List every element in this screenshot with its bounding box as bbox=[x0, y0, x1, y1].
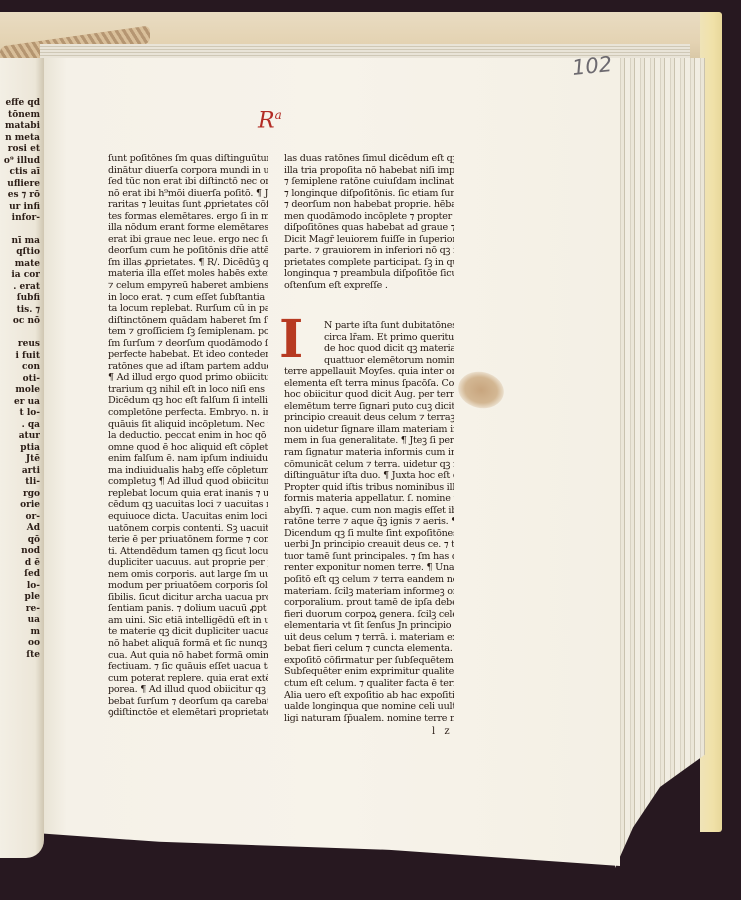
left-page-line: i fuit bbox=[0, 351, 40, 363]
text-line: te materie qꝫ dicit dupliciter uacua. Au… bbox=[108, 626, 268, 638]
text-line: replebat locum quia erat inanis ⁊ uacua.… bbox=[108, 488, 268, 500]
text-line: oſtenſum eſt expreſſe . bbox=[284, 280, 454, 292]
left-page-line: rosi et bbox=[0, 144, 40, 156]
left-page-line: qſtio bbox=[0, 247, 40, 259]
text-line: ¶ Ad illud ergo quod primo obiicitur i c… bbox=[108, 372, 268, 384]
page-stack-fore-edge bbox=[615, 58, 705, 868]
text-line: de hoc quod dicit qꝫ materia bbox=[284, 343, 454, 355]
text-line: ti. Attendēdum tamen qꝫ ſicut locus dici… bbox=[108, 546, 268, 558]
left-page-line: re- bbox=[0, 604, 40, 616]
left-page-line: oti- bbox=[0, 374, 40, 386]
left-page-line: . qa bbox=[0, 420, 40, 432]
left-page-line: n meta bbox=[0, 133, 40, 145]
text-line: longinqua ⁊ preambula diſpoſitōe ſicut. … bbox=[284, 268, 454, 280]
text-line: abyſſi. ⁊ aque. cum non magis eſſet ibi … bbox=[284, 505, 454, 517]
text-line: uatōnem corpis contenti. Sꝫ uacuitas ma- bbox=[108, 523, 268, 535]
text-line: am uini. Sic etiā intelligēdū eſt in uac… bbox=[108, 615, 268, 627]
left-page-line: oc nō bbox=[0, 316, 40, 328]
text-line: ſunt poſitōnes ſm quas diſtinguūtur ⁊ or… bbox=[108, 153, 268, 165]
left-page-line: ufliere bbox=[0, 179, 40, 191]
signature-mark: l z bbox=[432, 726, 453, 737]
left-page-line: rgo bbox=[0, 489, 40, 501]
text-line: enim falſum ē. nam ipſum indiuiduꝫ ⁊ for bbox=[108, 453, 268, 465]
left-page-line: m bbox=[0, 627, 40, 639]
left-page-line: con bbox=[0, 362, 40, 374]
text-line: ſed tūc non erat ibi diſtinctō nec ordo.… bbox=[108, 176, 268, 188]
left-page-line: o⁹ illud bbox=[0, 156, 40, 168]
text-line: bebat fieri celum ⁊ cuncta elementa. Et … bbox=[284, 643, 454, 655]
text-line: quāuis ſit aliquid incōpletum. Nec ualet… bbox=[108, 419, 268, 431]
text-line: ctum eſt celum. ⁊ qualiter facta ē terra… bbox=[284, 678, 454, 690]
left-page-line: es ⁊ rō bbox=[0, 190, 40, 202]
running-head: Ra bbox=[258, 108, 282, 133]
text-line: ⁊ deorſum non habebat proprie. hēbat ta- bbox=[284, 199, 454, 211]
left-page-line: tōnem bbox=[0, 110, 40, 122]
left-page-line: Jtē bbox=[0, 454, 40, 466]
text-line: uerbi Jn principio creauit deus ce. ⁊ te… bbox=[284, 539, 454, 551]
text-line: circa lr̄am. Et primo queritur bbox=[284, 332, 454, 344]
text-line: mem in ſua generalitate. ¶ Jteꝫ ſi per t… bbox=[284, 435, 454, 447]
left-page-line: er ua bbox=[0, 397, 40, 409]
text-line: ꝯdiſtinctōe et elemētari proprietate. Ad… bbox=[108, 707, 268, 719]
text-line: dupliciter uacuus. aut proprie per priua… bbox=[108, 557, 268, 569]
text-line: ⁊ longinque diſpoſitōnis. ſic etiam ſurſ… bbox=[284, 188, 454, 200]
text-line: quattuor elemētorum nomine bbox=[284, 355, 454, 367]
text-line: elementaria vt ſit ſenſus Jn principio c… bbox=[284, 620, 454, 632]
text-line: formis materia appellatur. ſ. nomine ter… bbox=[284, 493, 454, 505]
text-line: ma indiuidualis habꝫ eſſe cōpletum ⁊ min… bbox=[108, 465, 268, 477]
text-line: ratōnes que ad iſtam partem adducte ſunt… bbox=[108, 361, 268, 373]
text-line: elementa eſt terra minus ſpacōſa. Contra bbox=[284, 378, 454, 390]
text-line: men quodāmodo incōplete ⁊ propter q̄ſdā bbox=[284, 211, 454, 223]
text-line: in loco erat. ⁊ cum eſſet ſubſtantia cor… bbox=[108, 292, 268, 304]
text-line: nō habet aliquā formā et ſic nunqꝫ fuit … bbox=[108, 638, 268, 650]
text-line: ualde longinqua que nomine celi uult int… bbox=[284, 701, 454, 713]
left-page-line: nod bbox=[0, 546, 40, 558]
folio-number: 102 bbox=[571, 52, 613, 80]
left-page-line: lo- bbox=[0, 581, 40, 593]
text-line: fectiuam. ⁊ ſic quāuis eſſet uacua tamen… bbox=[108, 661, 268, 673]
text-line: ⁊ celum empyreū haberet ambiens qꝫ ipſa bbox=[108, 280, 268, 292]
text-line: cēdum qꝫ uacuitas loci ⁊ uacuitas materi… bbox=[108, 499, 268, 511]
text-line: Alia uero eſt expoſitio ab hac expoſitio… bbox=[284, 690, 454, 702]
text-line: prietates complete participat. ſꝫ in qua… bbox=[284, 257, 454, 269]
text-column-left: ſunt poſitōnes ſm quas diſtinguūtur ⁊ or… bbox=[108, 153, 268, 719]
text-line: equiuoce dicta. Uacuitas enim loci eſt ꝑ… bbox=[108, 511, 268, 523]
left-page-line: ia cor bbox=[0, 270, 40, 282]
text-line: tes formas elemētares. ergo ſi in materi… bbox=[108, 211, 268, 223]
left-page-line: infor- bbox=[0, 213, 40, 225]
left-page-line: effe qd bbox=[0, 98, 40, 110]
text-line: Dicit Magr̄ leuiorem fuiſſe in ſuperiori bbox=[284, 234, 454, 246]
text-column-right-top: las duas ratōnes ſimul dicēdum eſt qꝫ ſi… bbox=[284, 153, 454, 292]
text-line: materiam. ſcilꝫ materiam informeꝫ omniū bbox=[284, 586, 454, 598]
running-head-letter: R bbox=[258, 108, 275, 133]
text-line: uit deus celum ⁊ terrā. i. materiam ex q… bbox=[284, 632, 454, 644]
text-line: dinātur diuerſa corpora mundi in uniuerſ… bbox=[108, 165, 268, 177]
text-line: ratōne terre ⁊ aque q̄ꝫ ignis ⁊ aeris. ¶… bbox=[284, 516, 454, 528]
text-line: omne quod ē hoc aliquid eſt cōpletum. ho… bbox=[108, 442, 268, 454]
left-page-line: arti bbox=[0, 466, 40, 478]
left-page-line: ple bbox=[0, 592, 40, 604]
text-line: diſtinguātur iſta duo. ¶ Juxta hoc eſt q… bbox=[284, 470, 454, 482]
text-line: Subſequēter enim exprimitur qualiter fa- bbox=[284, 666, 454, 678]
text-line: non uidetur ſignare illam materiam infor… bbox=[284, 424, 454, 436]
left-page-line: matabi bbox=[0, 121, 40, 133]
text-line: hoc obiicitur quod dicit Aug. per terrā … bbox=[284, 389, 454, 401]
text-line: la deductio. peccat enim in hoc qō dicit… bbox=[108, 430, 268, 442]
left-page-line: qō bbox=[0, 535, 40, 547]
left-page-line: ur infi bbox=[0, 202, 40, 214]
text-line: poſitō eſt qꝫ celum ⁊ terra eandem nomia… bbox=[284, 574, 454, 586]
left-page-line: d ē bbox=[0, 558, 40, 570]
text-line: Propter quid iſtis tribus nominibus illa… bbox=[284, 482, 454, 494]
text-line: ⁊ ſemiplene ratōne cuiuſdam inclinationi… bbox=[284, 176, 454, 188]
text-column-right-section: N parte iſta ſunt dubitatōnescirca lr̄am… bbox=[284, 320, 454, 724]
left-page-line: mole bbox=[0, 385, 40, 397]
left-page-line: atur bbox=[0, 431, 40, 443]
left-page-line: mate bbox=[0, 259, 40, 271]
running-head-superscript: a bbox=[275, 108, 282, 122]
left-page-line: tli- bbox=[0, 477, 40, 489]
text-line: ta locum replebat. Rurſum cū in partibus bbox=[108, 303, 268, 315]
left-page-line: ſubfi bbox=[0, 293, 40, 305]
text-line: bebat ſurſum ⁊ deorſum qa carebat ordine bbox=[108, 696, 268, 708]
text-line: las duas ratōnes ſimul dicēdum eſt qꝫ ſi… bbox=[284, 153, 454, 165]
left-page-line: ua bbox=[0, 615, 40, 627]
text-line: diſpoſitōnes quas habebat ad graue ⁊ leu… bbox=[284, 222, 454, 234]
text-line: diſtinctōnem quādam haberet ſm ſubtilita bbox=[108, 315, 268, 327]
text-line: terre appellauit Moyſes. quia inter omni… bbox=[284, 366, 454, 378]
text-line: renter exponitur nomen terre. ¶ Una ex- bbox=[284, 562, 454, 574]
left-page-line: tis. ⁊ bbox=[0, 305, 40, 317]
text-line: Dicendum qꝫ ſi multe ſint expoſitōnes h⁹ bbox=[284, 528, 454, 540]
text-line: completuꝫ ¶ Ad illud quod obiicitur qꝫ n… bbox=[108, 476, 268, 488]
text-line: completōne perfecta. Embryo. n. in loco … bbox=[108, 407, 268, 419]
text-line: porea. ¶ Ad illud quod obiicitur qꝫ nō h… bbox=[108, 684, 268, 696]
line-gap bbox=[0, 225, 40, 236]
text-line: nem omis corporis. aut large ſm uulgareꝫ bbox=[108, 569, 268, 581]
text-line: materia illa eſſet moles habēs extenſion… bbox=[108, 268, 268, 280]
text-line: elemētum terre ſignari puto cuꝫ dicitur … bbox=[284, 401, 454, 413]
text-line: ſm illas ꝓprietates. ¶ R/. Dicēdūꝫ qꝫ cū… bbox=[108, 257, 268, 269]
text-line: cua. Aut quia nō habet formā omimode ꝑ bbox=[108, 650, 268, 662]
left-page-line bbox=[0, 328, 40, 340]
text-line: deorſum cum he poſitōnis dr̄ie attēdātur bbox=[108, 245, 268, 257]
left-page-line: or- bbox=[0, 512, 40, 524]
left-page-line: Ad bbox=[0, 523, 40, 535]
text-line: Dicēdum qꝫ hoc eſt falſum ſi intelligat … bbox=[108, 395, 268, 407]
text-line: raritas ⁊ leuitas ſunt ꝓprietates cōſequ… bbox=[108, 199, 268, 211]
text-line: perfecte habebat. Et ideo contedende ſun… bbox=[108, 349, 268, 361]
text-line: erat ibi graue nec leue. ergo nec ſurſuꝫ… bbox=[108, 234, 268, 246]
text-line: ram ſignatur materia informis cum in ill… bbox=[284, 447, 454, 459]
text-line: ligi naturam ſp̄ualem. nomine terre natu… bbox=[284, 713, 454, 725]
text-line: illa tria propoſita nō habebat niſi impe… bbox=[284, 165, 454, 177]
left-page-line: ptia bbox=[0, 443, 40, 455]
left-page-line: t lo- bbox=[0, 408, 40, 420]
text-line: terie ē per priuatōnem forme ⁊ complemē bbox=[108, 534, 268, 546]
text-line: cum poterat replere. quia erat extēſa ⁊ … bbox=[108, 673, 268, 685]
left-page-line: ſed bbox=[0, 569, 40, 581]
text-line: parte. ⁊ grauiorem in inferiori nō qꝫ iſ… bbox=[284, 245, 454, 257]
text-line: tem ⁊ groſſiciem ſꝫ ſemiplenam. poſitōne… bbox=[108, 326, 268, 338]
text-line: nō erat ibi h⁹mōi diuerſa poſitō. ¶ Jtem bbox=[108, 188, 268, 200]
text-line: ſibilis. ſicut dicitur archa uacua propt… bbox=[108, 592, 268, 604]
left-page-line: orie bbox=[0, 500, 40, 512]
text-line: N parte iſta ſunt dubitatōnes bbox=[284, 320, 454, 332]
left-page-text-fragment: effe qdtōnemmatabin metarosi eto⁹ illudc… bbox=[0, 98, 40, 661]
left-page-line: reus bbox=[0, 339, 40, 351]
text-line: illa nōdum erant forme elemētares. ergo … bbox=[108, 222, 268, 234]
text-line: ſentiam panis. ⁊ dolium uacuū ꝓpt abſent… bbox=[108, 603, 268, 615]
left-page-line: nī ma bbox=[0, 236, 40, 248]
text-line: corporalium. prout tamē de ipſa debebant bbox=[284, 597, 454, 609]
text-line: trarium qꝫ nihil eſt in loco niſi ens cō… bbox=[108, 384, 268, 396]
left-page-line: ctis aī bbox=[0, 167, 40, 179]
left-page-line: ſte bbox=[0, 650, 40, 662]
text-line: fieri duorum corpoꝝ genera. ſcilꝫ celeſt… bbox=[284, 609, 454, 621]
text-line: ſm ſurſum ⁊ deorſum quodāmodo ſꝫ im- bbox=[108, 338, 268, 350]
text-line: expoſitō cōfirmatur per ſubſequētem lr̄a… bbox=[284, 655, 454, 667]
text-line: modum per priuatōem corporis ſolidi ⁊ ſē… bbox=[108, 580, 268, 592]
text-line: cōmunicāt celum ⁊ terra. uidetur qꝫ nō b… bbox=[284, 459, 454, 471]
text-line: principio creauit deus celum ⁊ terraꝫ. e… bbox=[284, 412, 454, 424]
text-line: tuor tamē ſunt principales. ⁊ ſm has dif… bbox=[284, 551, 454, 563]
left-page-line: . erat bbox=[0, 282, 40, 294]
left-page-line: oo bbox=[0, 638, 40, 650]
